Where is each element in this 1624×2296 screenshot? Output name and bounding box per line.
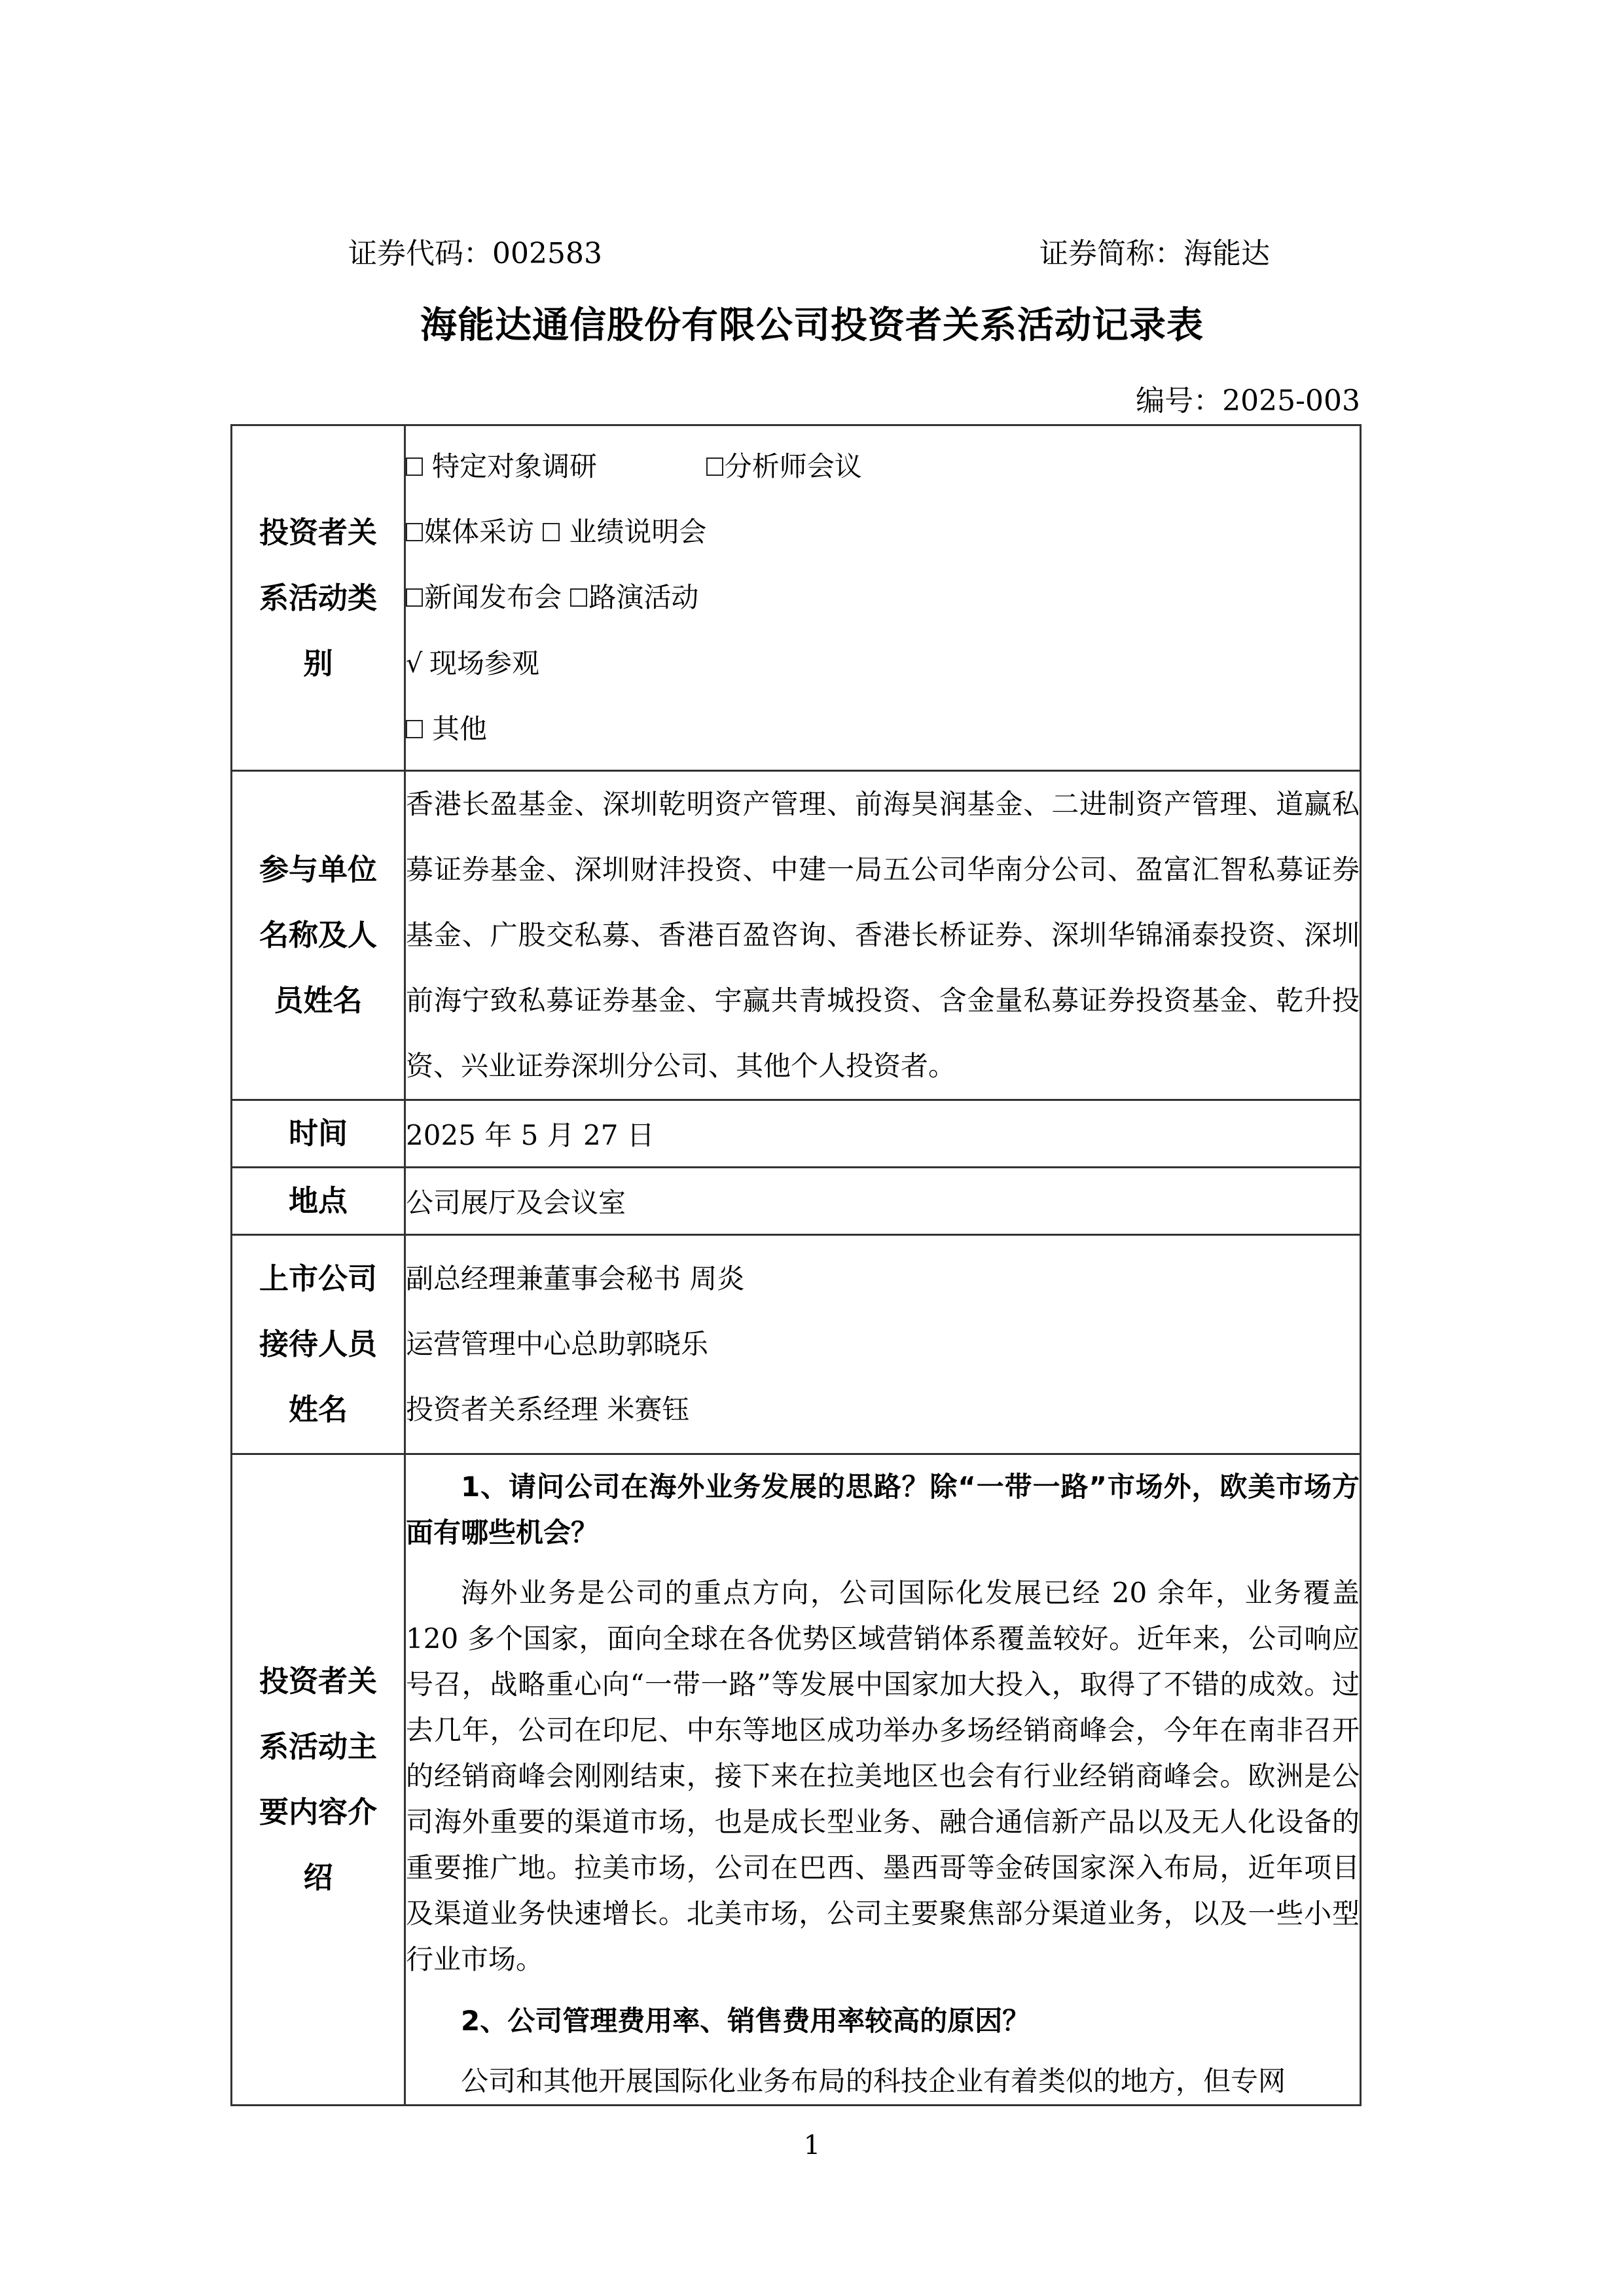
row-participants: 参与单位名称及人员姓名 香港长盈基金、深圳乾明资产管理、前海昊润基金、二进制资产… [232, 771, 1361, 1100]
stock-abbreviation: 证券简称：海能达 [1039, 236, 1270, 272]
option-site-visit[interactable]: √现场参观 [406, 631, 539, 696]
page-number: 1 [0, 2130, 1624, 2161]
participants-text: 香港长盈基金、深圳乾明资产管理、前海昊润基金、二进制资产管理、道赢私募证券基金、… [406, 772, 1360, 1099]
label-content: 投资者关系活动主要内容介绍 [232, 1454, 405, 2106]
option-other[interactable]: 其他 [406, 696, 487, 762]
checkbox-icon[interactable] [406, 588, 423, 607]
row-reception: 上市公司接待人员姓名 副总经理兼董事会秘书 周炎 运营管理中心总助郭晓乐 投资者… [232, 1235, 1361, 1454]
option-media-interview[interactable]: 媒体采访 [406, 499, 534, 565]
checkbox-icon[interactable] [406, 720, 423, 738]
question-2: 2、公司管理费用率、销售费用率较高的原因？ [406, 1998, 1360, 2044]
option-specific-research[interactable]: 特定对象调研 [406, 434, 597, 499]
label-reception: 上市公司接待人员姓名 [232, 1235, 405, 1454]
document-number: 编号：2025-003 [1136, 383, 1360, 420]
document-title: 海能达通信股份有限公司投资者关系活动记录表 [0, 300, 1624, 352]
option-analyst-meeting[interactable]: 分析师会议 [706, 434, 862, 499]
row-activity-type: 投资者关系活动类别 特定对象调研 分析师会议 媒体采访 业绩说明会 新闻发布会 … [232, 425, 1361, 771]
label-participants: 参与单位名称及人员姓名 [232, 771, 405, 1100]
question-1: 1、请问公司在海外业务发展的思路？除“一带一路”市场外，欧美市场方面有哪些机会？ [406, 1464, 1360, 1556]
reception-person: 运营管理中心总助郭晓乐 [406, 1312, 1360, 1377]
checkbox-icon[interactable] [406, 523, 423, 541]
answer-2: 公司和其他开展国际化业务布局的科技企业有着类似的地方，但专网 [406, 2058, 1360, 2104]
row-location: 地点 公司展厅及会议室 [232, 1168, 1361, 1235]
content-qa: 1、请问公司在海外业务发展的思路？除“一带一路”市场外，欧美市场方面有哪些机会？… [405, 1454, 1361, 2106]
checkmark-icon[interactable]: √ [406, 631, 423, 696]
label-location: 地点 [232, 1168, 405, 1235]
option-roadshow[interactable]: 路演活动 [570, 565, 698, 630]
activity-type-options: 特定对象调研 分析师会议 媒体采访 业绩说明会 新闻发布会 路演活动 √现场参观… [405, 425, 1361, 771]
row-time: 时间 2025 年 5 月 27 日 [232, 1100, 1361, 1168]
stock-code: 证券代码：002583 [348, 236, 602, 272]
checkbox-icon[interactable] [570, 588, 587, 607]
participants-value: 香港长盈基金、深圳乾明资产管理、前海昊润基金、二进制资产管理、道赢私募证券基金、… [405, 771, 1361, 1100]
reception-people: 副总经理兼董事会秘书 周炎 运营管理中心总助郭晓乐 投资者关系经理 米赛钰 [405, 1235, 1361, 1454]
checkbox-icon[interactable] [706, 457, 723, 476]
time-value: 2025 年 5 月 27 日 [405, 1100, 1361, 1168]
option-press-conference[interactable]: 新闻发布会 [406, 565, 562, 630]
option-earnings-call[interactable]: 业绩说明会 [543, 499, 706, 565]
checkbox-icon[interactable] [406, 457, 423, 476]
record-table: 投资者关系活动类别 特定对象调研 分析师会议 媒体采访 业绩说明会 新闻发布会 … [230, 424, 1362, 2106]
answer-1: 海外业务是公司的重点方向，公司国际化发展已经 20 余年，业务覆盖 120 多个… [406, 1570, 1360, 1982]
location-value: 公司展厅及会议室 [405, 1168, 1361, 1235]
row-content: 投资者关系活动主要内容介绍 1、请问公司在海外业务发展的思路？除“一带一路”市场… [232, 1454, 1361, 2106]
reception-person: 副总经理兼董事会秘书 周炎 [406, 1246, 1360, 1312]
checkbox-icon[interactable] [543, 523, 560, 541]
label-time: 时间 [232, 1100, 405, 1168]
label-activity-type: 投资者关系活动类别 [232, 425, 405, 771]
reception-person: 投资者关系经理 米赛钰 [406, 1377, 1360, 1443]
